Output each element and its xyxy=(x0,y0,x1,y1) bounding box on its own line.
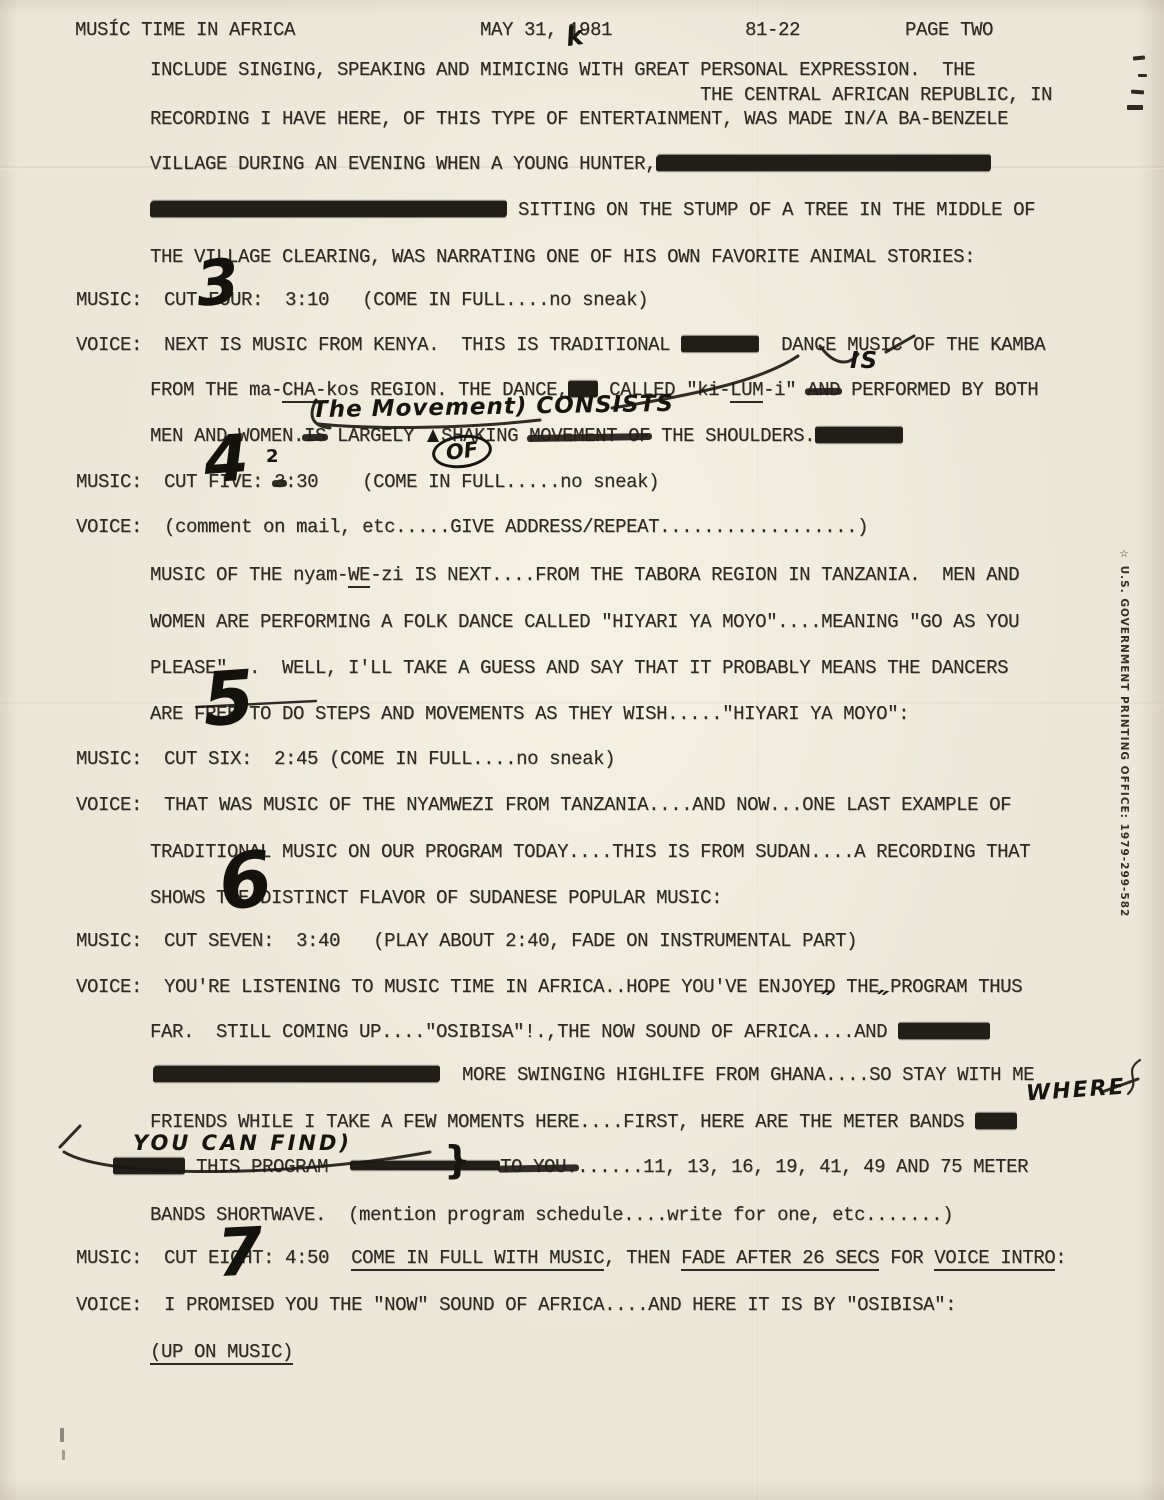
script-line: VILLAGE DURING AN EVENING WHEN A YOUNG H… xyxy=(150,152,991,176)
voice-cue-label: VOICE: xyxy=(76,1294,142,1316)
paper-crease xyxy=(757,0,760,1500)
script-line: THIS PROGRAM TO YOU.......11, 13, 16, 19… xyxy=(113,1155,1028,1179)
handwritten-time-correction: 2 xyxy=(266,446,279,467)
margin-ink-tick xyxy=(62,1450,65,1460)
handwritten-cut-number-6: 6 xyxy=(215,840,277,922)
handwritten-is-correction: IS xyxy=(850,348,879,374)
script-line: WOMEN ARE PERFORMING A FOLK DANCE CALLED… xyxy=(150,610,1019,634)
script-line: MUSIC OF THE nyam-WE-zi IS NEXT....FROM … xyxy=(150,563,1019,587)
script-line: PLEASE"... WELL, I'LL TAKE A GUESS AND S… xyxy=(150,656,1008,680)
redaction-mark xyxy=(815,427,903,443)
page-title: MUSÍC TIME IN AFRICA xyxy=(75,18,295,42)
script-line: FAR. STILL COMING UP...."OSIBISA"!.,THE … xyxy=(150,1020,990,1044)
handwritten-where-label: WHERE xyxy=(1025,1075,1126,1107)
handwritten-you-can-find: YOU CAN FIND) xyxy=(133,1131,352,1155)
margin-ink-tick xyxy=(1131,90,1144,95)
struck-text: MOVEMENT OF xyxy=(529,424,650,448)
redaction-mark xyxy=(153,1066,440,1082)
handwritten-movement-consists: The Movement) CONSISTS xyxy=(312,391,674,423)
redaction-mark xyxy=(975,1113,1017,1129)
struck-text: IS xyxy=(304,424,326,448)
struck-text: 3 xyxy=(274,470,285,494)
margin-ink-tick xyxy=(1133,55,1145,60)
script-line: THE VILLAGE CLEARING, WAS NARRATING ONE … xyxy=(150,245,975,269)
voice-cue-label: VOICE: xyxy=(76,976,142,998)
music-cue-line: MUSIC: CUT FIVE: 3:30 (COME IN FULL.....… xyxy=(76,470,659,494)
voice-cue-line: VOICE: I PROMISED YOU THE "NOW" SOUND OF… xyxy=(76,1293,956,1317)
voice-cue-line: VOICE: NEXT IS MUSIC FROM KENYA. THIS IS… xyxy=(76,333,1045,357)
script-line: BANDS SHORTWAVE. (mention program schedu… xyxy=(150,1203,953,1227)
handwritten-program-bracket: } xyxy=(444,1138,471,1182)
music-cue-label: MUSIC: xyxy=(76,289,142,311)
redaction-mark xyxy=(113,1158,185,1174)
struck-text: AND xyxy=(807,378,840,402)
margin-squiggle xyxy=(1128,1060,1140,1094)
music-cue-label: MUSIC: xyxy=(76,471,142,493)
struck-text: TO YOU. xyxy=(500,1155,577,1179)
script-line: TRADITIONAL MUSIC ON OUR PROGRAM TODAY..… xyxy=(150,840,1030,864)
redaction-mark xyxy=(150,201,507,217)
printing-office-note: ☆ U.S. GOVERNMENT PRINTING OFFICE: 1979-… xyxy=(1118,548,1130,917)
music-cue-line: MUSIC: CUT FOUR: 3:10 (COME IN FULL....n… xyxy=(76,288,648,312)
doc-issue-number: 81-22 xyxy=(745,18,800,42)
voice-cue-line: VOICE: (comment on mail, etc.....GIVE AD… xyxy=(76,515,868,539)
script-line: THE CENTRAL AFRICAN REPUBLIC, IN xyxy=(700,83,1052,107)
doc-page-number: PAGE TWO xyxy=(905,18,993,42)
handwritten-cut-number-4: 4 xyxy=(202,427,251,494)
script-line: INCLUDE SINGING, SPEAKING AND MIMICING W… xyxy=(150,58,975,82)
music-cue-label: MUSIC: xyxy=(76,1247,142,1269)
music-cue-line: MUSIC: CUT SIX: 2:45 (COME IN FULL....no… xyxy=(76,747,615,771)
script-line: ARE FREE TO DO STEPS AND MOVEMENTS AS TH… xyxy=(150,702,909,726)
handwritten-cut-number-5: 5 xyxy=(200,660,257,737)
script-line: MORE SWINGING HIGHLIFE FROM GHANA....SO … xyxy=(153,1063,1034,1087)
redaction-mark xyxy=(898,1023,990,1039)
script-line: RECORDING I HAVE HERE, OF THIS TYPE OF E… xyxy=(150,107,1008,131)
margin-ink-tick xyxy=(1138,74,1147,77)
script-line: MEN AND WOMEN.IS LARGELY SHAKING MOVEMEN… xyxy=(150,424,903,448)
margin-ink-tick xyxy=(60,1428,64,1442)
redaction-mark xyxy=(681,336,759,352)
voice-cue-label: VOICE: xyxy=(76,334,142,356)
redaction-mark xyxy=(656,155,991,171)
insertion-caret xyxy=(427,429,439,442)
doc-date: MAY 31, 1981 xyxy=(480,18,612,42)
script-line: (UP ON MUSIC) xyxy=(150,1340,293,1364)
typewritten-radio-script-page: { "page": { "bg_color": "#ebe6d6", "ink_… xyxy=(0,0,1164,1500)
handwritten-cut-number-7: 7 xyxy=(215,1219,264,1287)
script-line: SITTING ON THE STUMP OF A TREE IN THE MI… xyxy=(150,198,1035,222)
margin-ink-tick xyxy=(1127,105,1143,110)
voice-cue-line: VOICE: THAT WAS MUSIC OF THE NYAMWEZI FR… xyxy=(76,793,1011,817)
music-cue-line: MUSIC: CUT SEVEN: 3:40 (PLAY ABOUT 2:40,… xyxy=(76,929,857,953)
music-cue-label: MUSIC: xyxy=(76,930,142,952)
music-cue-label: MUSIC: xyxy=(76,748,142,770)
left-caret-stroke xyxy=(60,1126,80,1147)
strikeout-mark xyxy=(350,1161,500,1170)
voice-cue-label: VOICE: xyxy=(76,794,142,816)
handwritten-cut-number-3: 3 xyxy=(193,250,242,316)
voice-cue-label: VOICE: xyxy=(76,516,142,538)
